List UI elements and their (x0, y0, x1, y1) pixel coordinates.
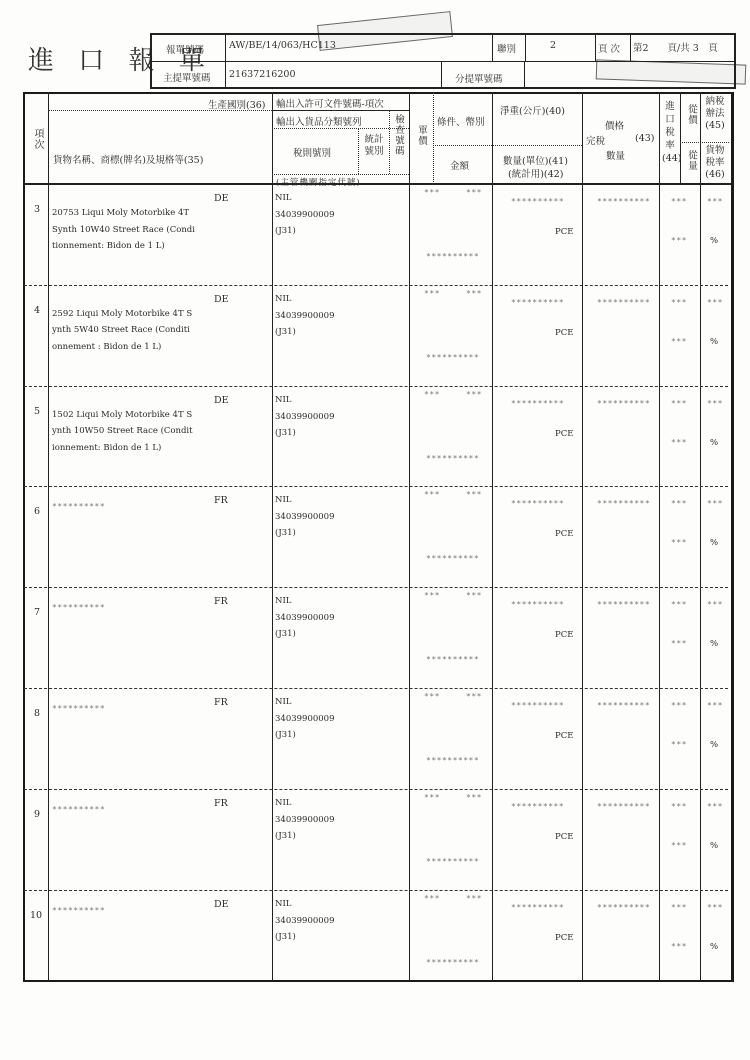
row-description: ********** (52, 805, 105, 814)
col-tariff-no: 稅則號別 (293, 145, 331, 159)
row-item-no: 3 (34, 204, 40, 215)
row-description: ********** (52, 502, 105, 511)
row-description: tionnement: Bidon de 1 L) (52, 241, 165, 251)
row-terms: *** (424, 591, 440, 600)
row-divider (24, 587, 728, 588)
row-origin: DE (214, 395, 229, 406)
row-description: 20753 Liqui Moly Motorbike 4T (52, 208, 189, 218)
col-net-weight: 淨重(公斤)(40) (500, 103, 565, 117)
row-currency: *** (466, 591, 482, 600)
col-export-permit: 輸出入許可文件號碼-項次 (276, 96, 384, 110)
row-commodity-tax-rate: % (710, 639, 718, 649)
row-origin: DE (214, 193, 229, 204)
row-price: ********** (597, 701, 650, 710)
row-commodity-tax-rate: % (710, 538, 718, 548)
row-terms: *** (424, 289, 440, 298)
row-amount: ********** (426, 756, 479, 765)
row-net-weight: ********** (511, 197, 564, 206)
row-tax-method: *** (707, 399, 723, 408)
row-item-no: 8 (34, 708, 40, 719)
row-duty-specific: *** (671, 438, 687, 447)
row-unit: PCE (555, 529, 573, 539)
row-terms: *** (424, 188, 440, 197)
row-currency: *** (466, 490, 482, 499)
row-item-no: 4 (34, 305, 40, 316)
row-unit: PCE (555, 227, 573, 237)
row-agency-code: (J31) (275, 327, 296, 337)
row-tariff-no: 34039900009 (275, 412, 335, 422)
row-tariff-no: 34039900009 (275, 916, 335, 926)
row-divider (24, 486, 728, 487)
row-permit: NIL (275, 899, 291, 909)
declaration-no: AW/BE/14/063/HC113 (229, 40, 336, 51)
master-bl-label: 主提單號碼 (163, 70, 211, 84)
col-unit-price: 單價 (414, 125, 428, 146)
row-duty-specific: *** (671, 639, 687, 648)
row-item-no: 10 (30, 910, 42, 921)
row-origin: FR (214, 596, 228, 607)
row-currency: *** (466, 793, 482, 802)
row-amount: ********** (426, 454, 479, 463)
col-commodity-tax-rate: 貨物稅率(46) (703, 145, 727, 181)
col-price-no: (43) (635, 133, 655, 144)
row-unit: PCE (555, 832, 573, 842)
col-origin: 生產國別(36) (208, 97, 266, 111)
row-duty-specific: *** (671, 236, 687, 245)
copy-label: 聯別 (497, 41, 516, 55)
row-description: onnement : Bidon de 1 L) (52, 342, 161, 352)
row-amount: ********** (426, 252, 479, 261)
row-amount: ********** (426, 353, 479, 362)
row-tax-method: *** (707, 701, 723, 710)
col-terms-currency: 條件、幣別 (437, 114, 485, 128)
row-duty-specific: *** (671, 538, 687, 547)
row-commodity-tax-rate: % (710, 236, 718, 246)
row-terms: *** (424, 692, 440, 701)
row-tariff-no: 34039900009 (275, 311, 335, 321)
row-amount: ********** (426, 554, 479, 563)
row-price: ********** (597, 399, 650, 408)
row-unit: PCE (555, 630, 573, 640)
col-qty-label: 數量 (606, 148, 625, 162)
row-duty-ad-valorem: *** (671, 298, 687, 307)
row-price: ********** (597, 903, 650, 912)
row-net-weight: ********** (511, 802, 564, 811)
row-price: ********** (597, 499, 650, 508)
row-divider (24, 890, 728, 891)
page-value: 第2 頁/共 3 頁 (633, 40, 718, 54)
row-origin: DE (214, 899, 229, 910)
row-net-weight: ********** (511, 600, 564, 609)
row-duty-specific: *** (671, 942, 687, 951)
row-tariff-no: 34039900009 (275, 512, 335, 522)
row-permit: NIL (275, 596, 291, 606)
row-duty-ad-valorem: *** (671, 399, 687, 408)
col-amount: 金額 (450, 158, 469, 172)
row-tax-method: *** (707, 298, 723, 307)
row-agency-code: (J31) (275, 730, 296, 740)
col-duty-paid: 完稅 (586, 133, 605, 147)
row-agency-code: (J31) (275, 428, 296, 438)
row-item-no: 7 (34, 607, 40, 618)
row-unit: PCE (555, 429, 573, 439)
row-agency-code: (J31) (275, 226, 296, 236)
row-item-no: 5 (34, 406, 40, 417)
row-terms: *** (424, 490, 440, 499)
row-description: ********** (52, 603, 105, 612)
row-item-no: 6 (34, 506, 40, 517)
row-origin: FR (214, 495, 228, 506)
row-description: ********** (52, 704, 105, 713)
row-divider (24, 386, 728, 387)
row-description: Synth 10W40 Street Race (Condi (52, 225, 195, 235)
page-label: 頁 次 (598, 41, 620, 55)
row-tax-method: *** (707, 197, 723, 206)
row-description: ynth 10W50 Street Race (Condit (52, 426, 193, 436)
row-duty-specific: *** (671, 740, 687, 749)
row-price: ********** (597, 802, 650, 811)
col-stat-no: 統計號別 (362, 134, 386, 158)
row-agency-code: (J31) (275, 932, 296, 942)
row-terms: *** (424, 793, 440, 802)
row-amount: ********** (426, 958, 479, 967)
row-tax-method: *** (707, 802, 723, 811)
col-ad-valorem: 從價 (684, 104, 698, 125)
row-tariff-no: 34039900009 (275, 613, 335, 623)
house-bl-label: 分提單號碼 (455, 71, 503, 85)
row-agency-code: (J31) (275, 629, 296, 639)
row-net-weight: ********** (511, 903, 564, 912)
row-description: 2592 Liqui Moly Motorbike 4T S (52, 309, 192, 319)
col-import-duty-rate: 進口稅率(44) (662, 100, 678, 165)
row-permit: NIL (275, 495, 291, 505)
row-origin: FR (214, 798, 228, 809)
row-currency: *** (466, 692, 482, 701)
row-description: ionnement: Bidon de 1 L) (52, 443, 161, 453)
row-divider (24, 285, 728, 286)
col-agency-code: (主管機關指定代號) (276, 176, 361, 188)
col-item-no: 項次 (30, 128, 45, 150)
row-duty-ad-valorem: *** (671, 600, 687, 609)
col-goods-class: 輸出入貨品分類號列 (276, 114, 362, 128)
row-currency: *** (466, 894, 482, 903)
master-bl: 21637216200 (229, 69, 296, 80)
row-commodity-tax-rate: % (710, 438, 718, 448)
col-description: 貨物名稱、商標(牌名)及規格等(35) (53, 152, 203, 166)
declaration-no-label: 報單號碼 (166, 42, 204, 56)
row-net-weight: ********** (511, 399, 564, 408)
row-net-weight: ********** (511, 298, 564, 307)
col-check-no: 檢查號碼 (391, 114, 405, 156)
row-tax-method: *** (707, 600, 723, 609)
row-duty-ad-valorem: *** (671, 701, 687, 710)
row-permit: NIL (275, 798, 291, 808)
row-duty-specific: *** (671, 841, 687, 850)
row-permit: NIL (275, 294, 291, 304)
row-commodity-tax-rate: % (710, 740, 718, 750)
row-price: ********** (597, 298, 650, 307)
row-net-weight: ********** (511, 701, 564, 710)
row-price: ********** (597, 600, 650, 609)
col-tax-method: 納稅辦法(45) (703, 96, 727, 132)
row-commodity-tax-rate: % (710, 337, 718, 347)
row-permit: NIL (275, 697, 291, 707)
row-description: ********** (52, 906, 105, 915)
row-terms: *** (424, 894, 440, 903)
row-currency: *** (466, 390, 482, 399)
row-duty-ad-valorem: *** (671, 903, 687, 912)
row-duty-ad-valorem: *** (671, 499, 687, 508)
row-item-no: 9 (34, 809, 40, 820)
row-permit: NIL (275, 193, 291, 203)
row-unit: PCE (555, 328, 573, 338)
row-tariff-no: 34039900009 (275, 815, 335, 825)
row-currency: *** (466, 289, 482, 298)
row-amount: ********** (426, 655, 479, 664)
row-commodity-tax-rate: % (710, 841, 718, 851)
row-divider (24, 789, 728, 790)
col-price: 價格 (605, 118, 624, 132)
row-duty-ad-valorem: *** (671, 802, 687, 811)
row-tax-method: *** (707, 499, 723, 508)
row-agency-code: (J31) (275, 528, 296, 538)
row-origin: FR (214, 697, 228, 708)
row-duty-ad-valorem: *** (671, 197, 687, 206)
copy-value: 2 (550, 40, 556, 51)
row-terms: *** (424, 390, 440, 399)
row-net-weight: ********** (511, 499, 564, 508)
col-quantity: 數量(單位)(41) (503, 153, 568, 167)
row-duty-specific: *** (671, 337, 687, 346)
col-specific: 從量 (684, 150, 698, 171)
row-commodity-tax-rate: % (710, 942, 718, 952)
row-currency: *** (466, 188, 482, 197)
row-tariff-no: 34039900009 (275, 210, 335, 220)
row-unit: PCE (555, 731, 573, 741)
row-agency-code: (J31) (275, 831, 296, 841)
row-divider (24, 688, 728, 689)
row-tariff-no: 34039900009 (275, 714, 335, 724)
row-tax-method: *** (707, 903, 723, 912)
row-price: ********** (597, 197, 650, 206)
row-origin: DE (214, 294, 229, 305)
col-quantity-stat: (統計用)(42) (508, 166, 563, 180)
row-description: 1502 Liqui Moly Motorbike 4T S (52, 410, 192, 420)
row-amount: ********** (426, 857, 479, 866)
row-permit: NIL (275, 395, 291, 405)
row-description: ynth 5W40 Street Race (Conditi (52, 325, 190, 335)
row-unit: PCE (555, 933, 573, 943)
